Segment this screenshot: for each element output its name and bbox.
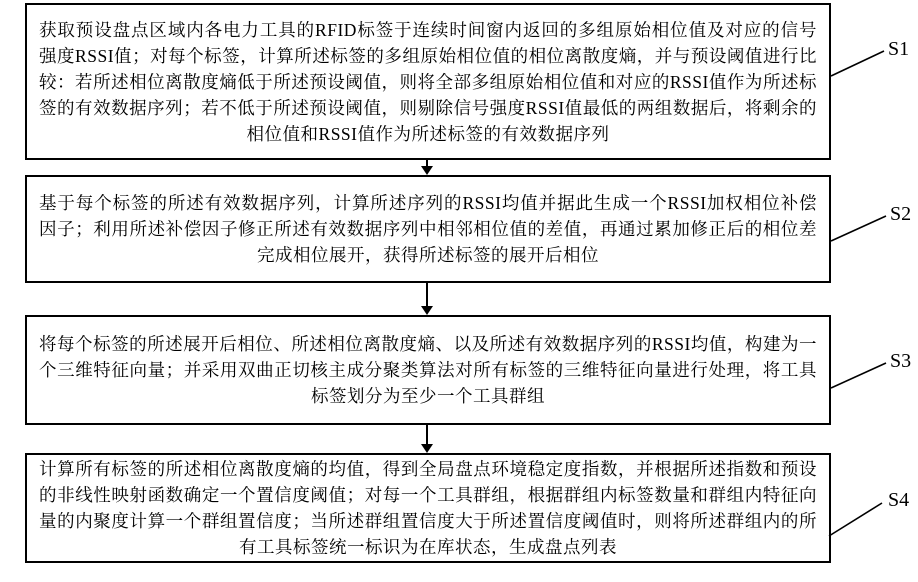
s1-leader-line bbox=[831, 51, 884, 76]
step-label-s4: S4 bbox=[888, 489, 909, 512]
arrow-down-icon-2 bbox=[421, 306, 433, 315]
connector-s2-s3 bbox=[426, 283, 428, 308]
flowchart-figure: 获取预设盘点区域内各电力工具的RFID标签于连续时间窗内返回的多组原始相位值及对… bbox=[0, 0, 918, 582]
step-label-s1: S1 bbox=[888, 38, 909, 61]
step-s2-text: 基于每个标签的所述有效数据序列，计算所述序列的RSSI均值并据此生成一个RSSI… bbox=[39, 190, 817, 268]
s2-leader-line bbox=[831, 216, 886, 241]
step-box-s1: 获取预设盘点区域内各电力工具的RFID标签于连续时间窗内返回的多组原始相位值及对… bbox=[25, 3, 831, 160]
step-s3-text: 将每个标签的所述展开后相位、所述相位离散度熵、以及所述有效数据序列的RSSI均值… bbox=[39, 331, 817, 409]
s4-leader-line bbox=[829, 503, 882, 536]
s3-leader-line bbox=[831, 363, 886, 388]
arrow-down-icon-1 bbox=[421, 166, 433, 175]
connector-s3-s4 bbox=[426, 425, 428, 446]
step-label-s3: S3 bbox=[890, 350, 911, 373]
step-box-s3: 将每个标签的所述展开后相位、所述相位离散度熵、以及所述有效数据序列的RSSI均值… bbox=[25, 315, 831, 425]
arrow-down-icon-3 bbox=[421, 444, 433, 453]
step-label-s2: S2 bbox=[890, 203, 911, 226]
step-s1-text: 获取预设盘点区域内各电力工具的RFID标签于连续时间窗内返回的多组原始相位值及对… bbox=[39, 17, 817, 147]
step-s4-text: 计算所有标签的所述相位离散度熵的均值，得到全局盘点环境稳定度指数，并根据所述指数… bbox=[39, 456, 817, 560]
step-box-s2: 基于每个标签的所述有效数据序列，计算所述序列的RSSI均值并据此生成一个RSSI… bbox=[25, 175, 831, 283]
step-box-s4: 计算所有标签的所述相位离散度熵的均值，得到全局盘点环境稳定度指数，并根据所述指数… bbox=[25, 453, 831, 563]
